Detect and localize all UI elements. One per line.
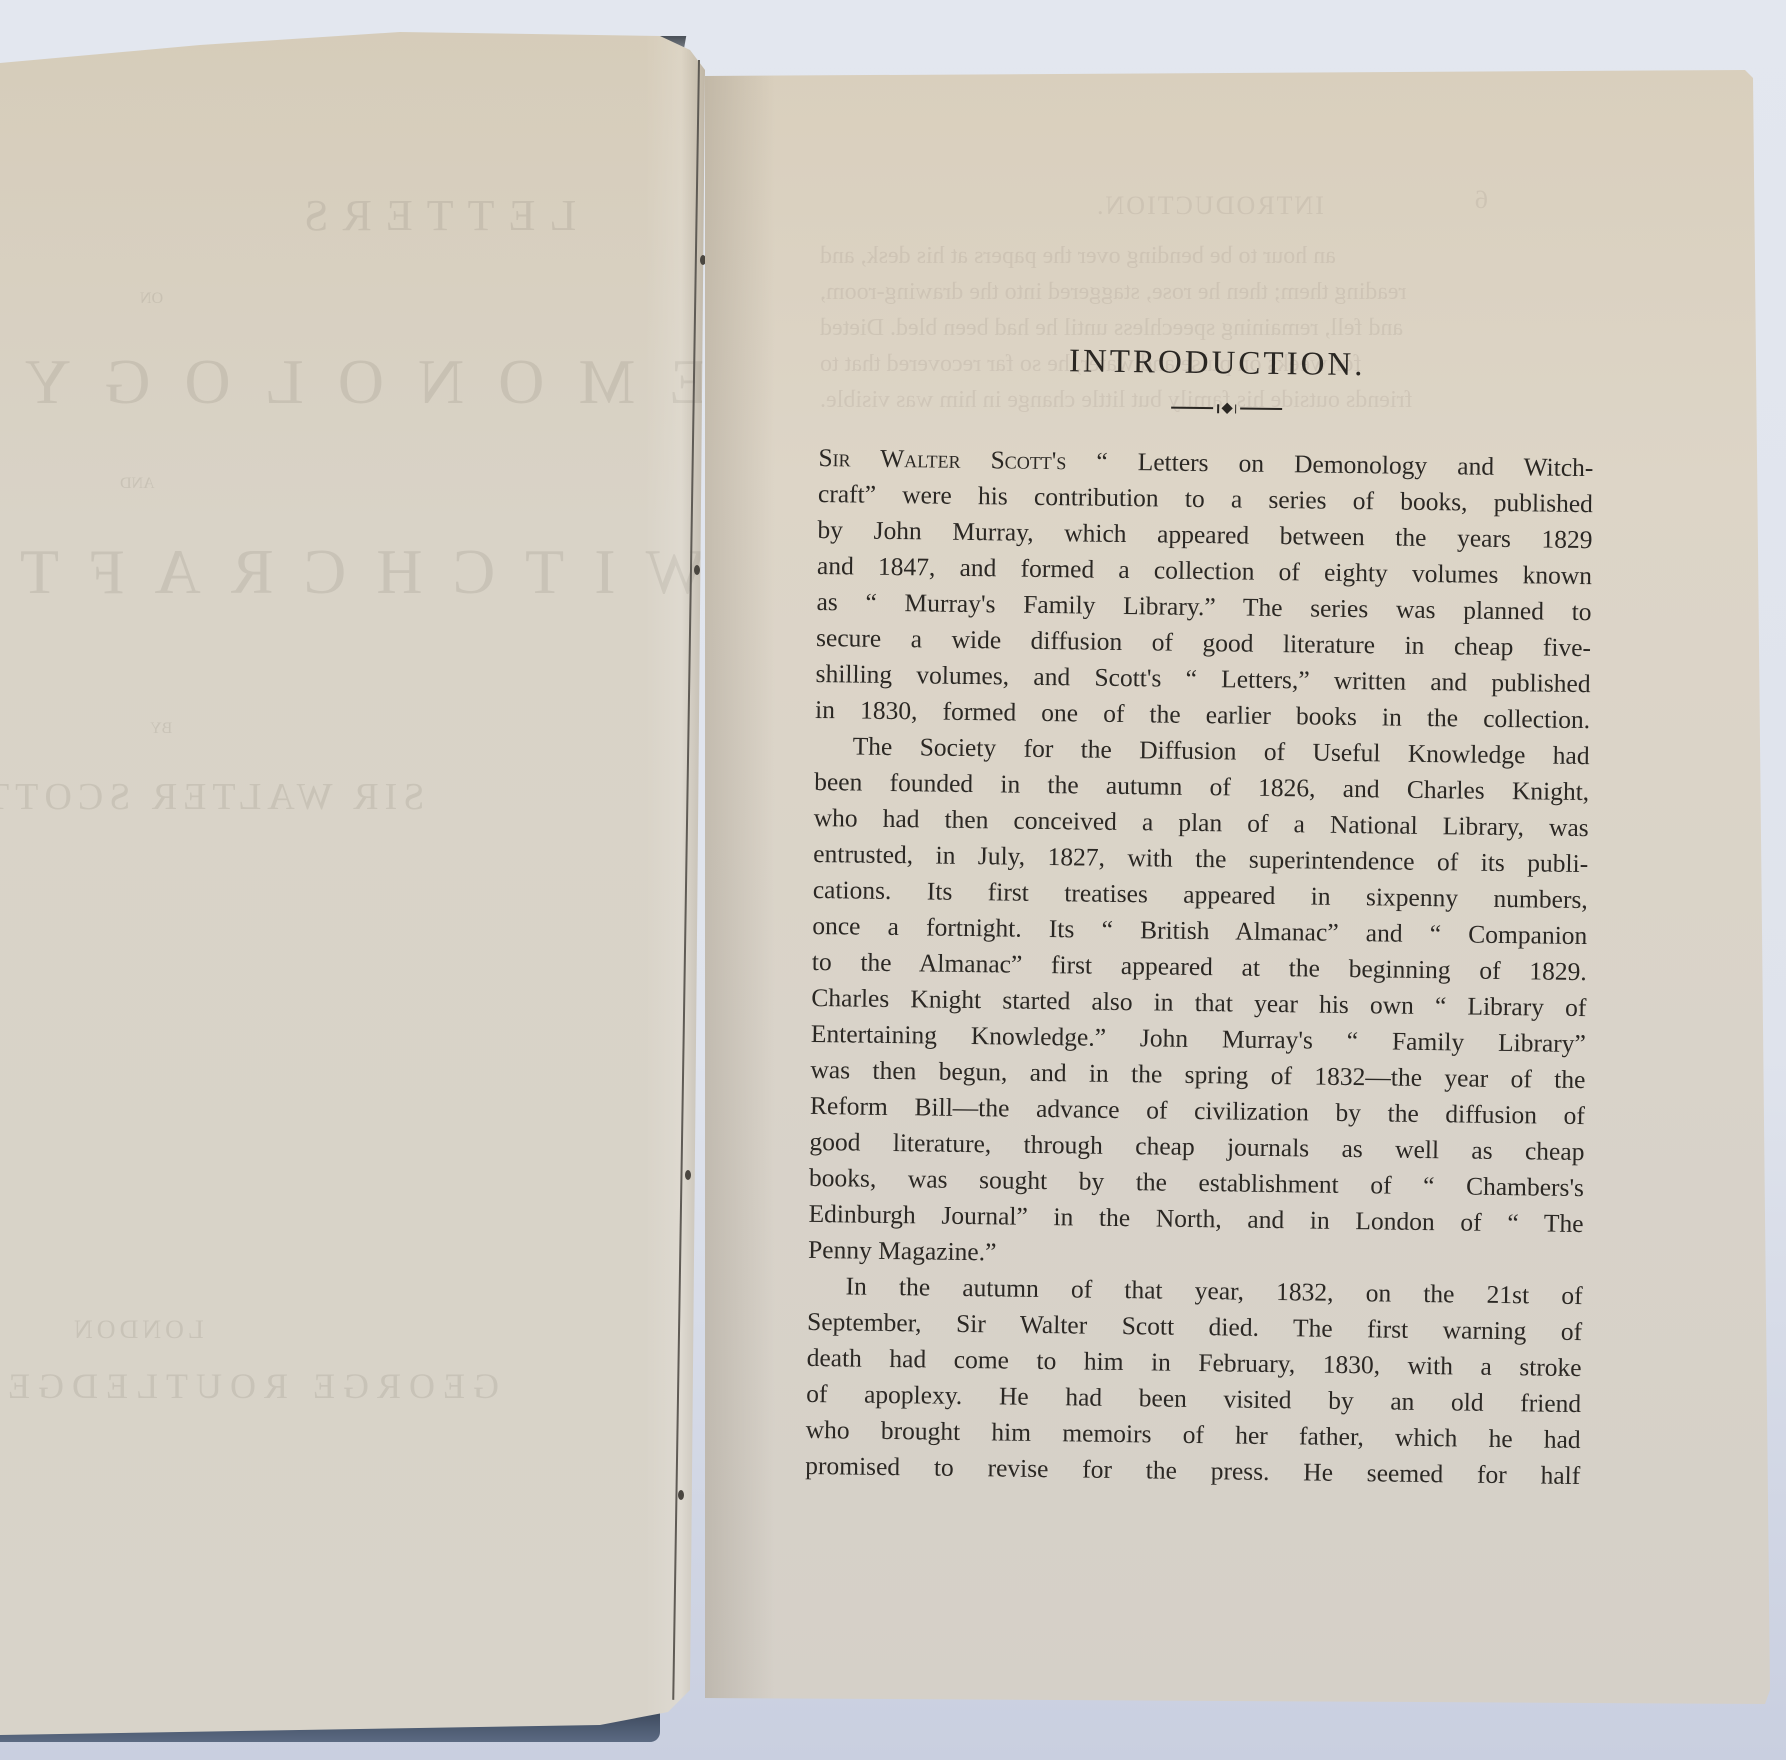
paragraph-1: Sir Walter Scott's “ Letters on Demonolo… [815, 440, 1594, 738]
paragraph-3: In the autumn of that year, 1832, on the… [805, 1268, 1583, 1494]
showthrough-author: SIR WALTER SCOTT [0, 775, 424, 819]
binding-stitch [678, 1490, 684, 1500]
binding-stitch [685, 1170, 691, 1180]
showthrough-witchcraft: WITCHCRAFT [0, 535, 706, 609]
showthrough-letters: LETTERS [290, 190, 576, 241]
showthrough-by: BY [150, 720, 172, 738]
paragraph-2: The Society for the Diffusion of Useful … [808, 728, 1590, 1278]
showthrough-london: LONDON [70, 1315, 204, 1345]
left-page: LETTERS ON DEMONOLOGY AND WITCHCRAFT BY … [0, 0, 705, 1740]
showthrough-page-number: 6 [1475, 182, 1488, 218]
author-small-caps: Sir Walter Scott's [818, 443, 1066, 475]
showthrough-demonology: DEMONOLOGY [0, 345, 789, 419]
showthrough-line: reading them; then he rose, staggered in… [820, 274, 1407, 310]
showthrough-on: ON [140, 290, 163, 308]
showthrough-publisher: GEORGE ROUTLEDGE [0, 1365, 499, 1407]
showthrough-and: AND [120, 475, 155, 493]
showthrough-running-head: INTRODUCTION. [1095, 188, 1324, 224]
chapter-title: INTRODUCTION. [839, 340, 1595, 398]
showthrough-line: an hour to be bending over the papers at… [820, 238, 1336, 274]
page-text: INTRODUCTION. Sir Walter Scott's “ Lette… [805, 340, 1595, 1494]
binding-stitch [694, 565, 700, 575]
title-ornament-icon [859, 397, 1594, 421]
